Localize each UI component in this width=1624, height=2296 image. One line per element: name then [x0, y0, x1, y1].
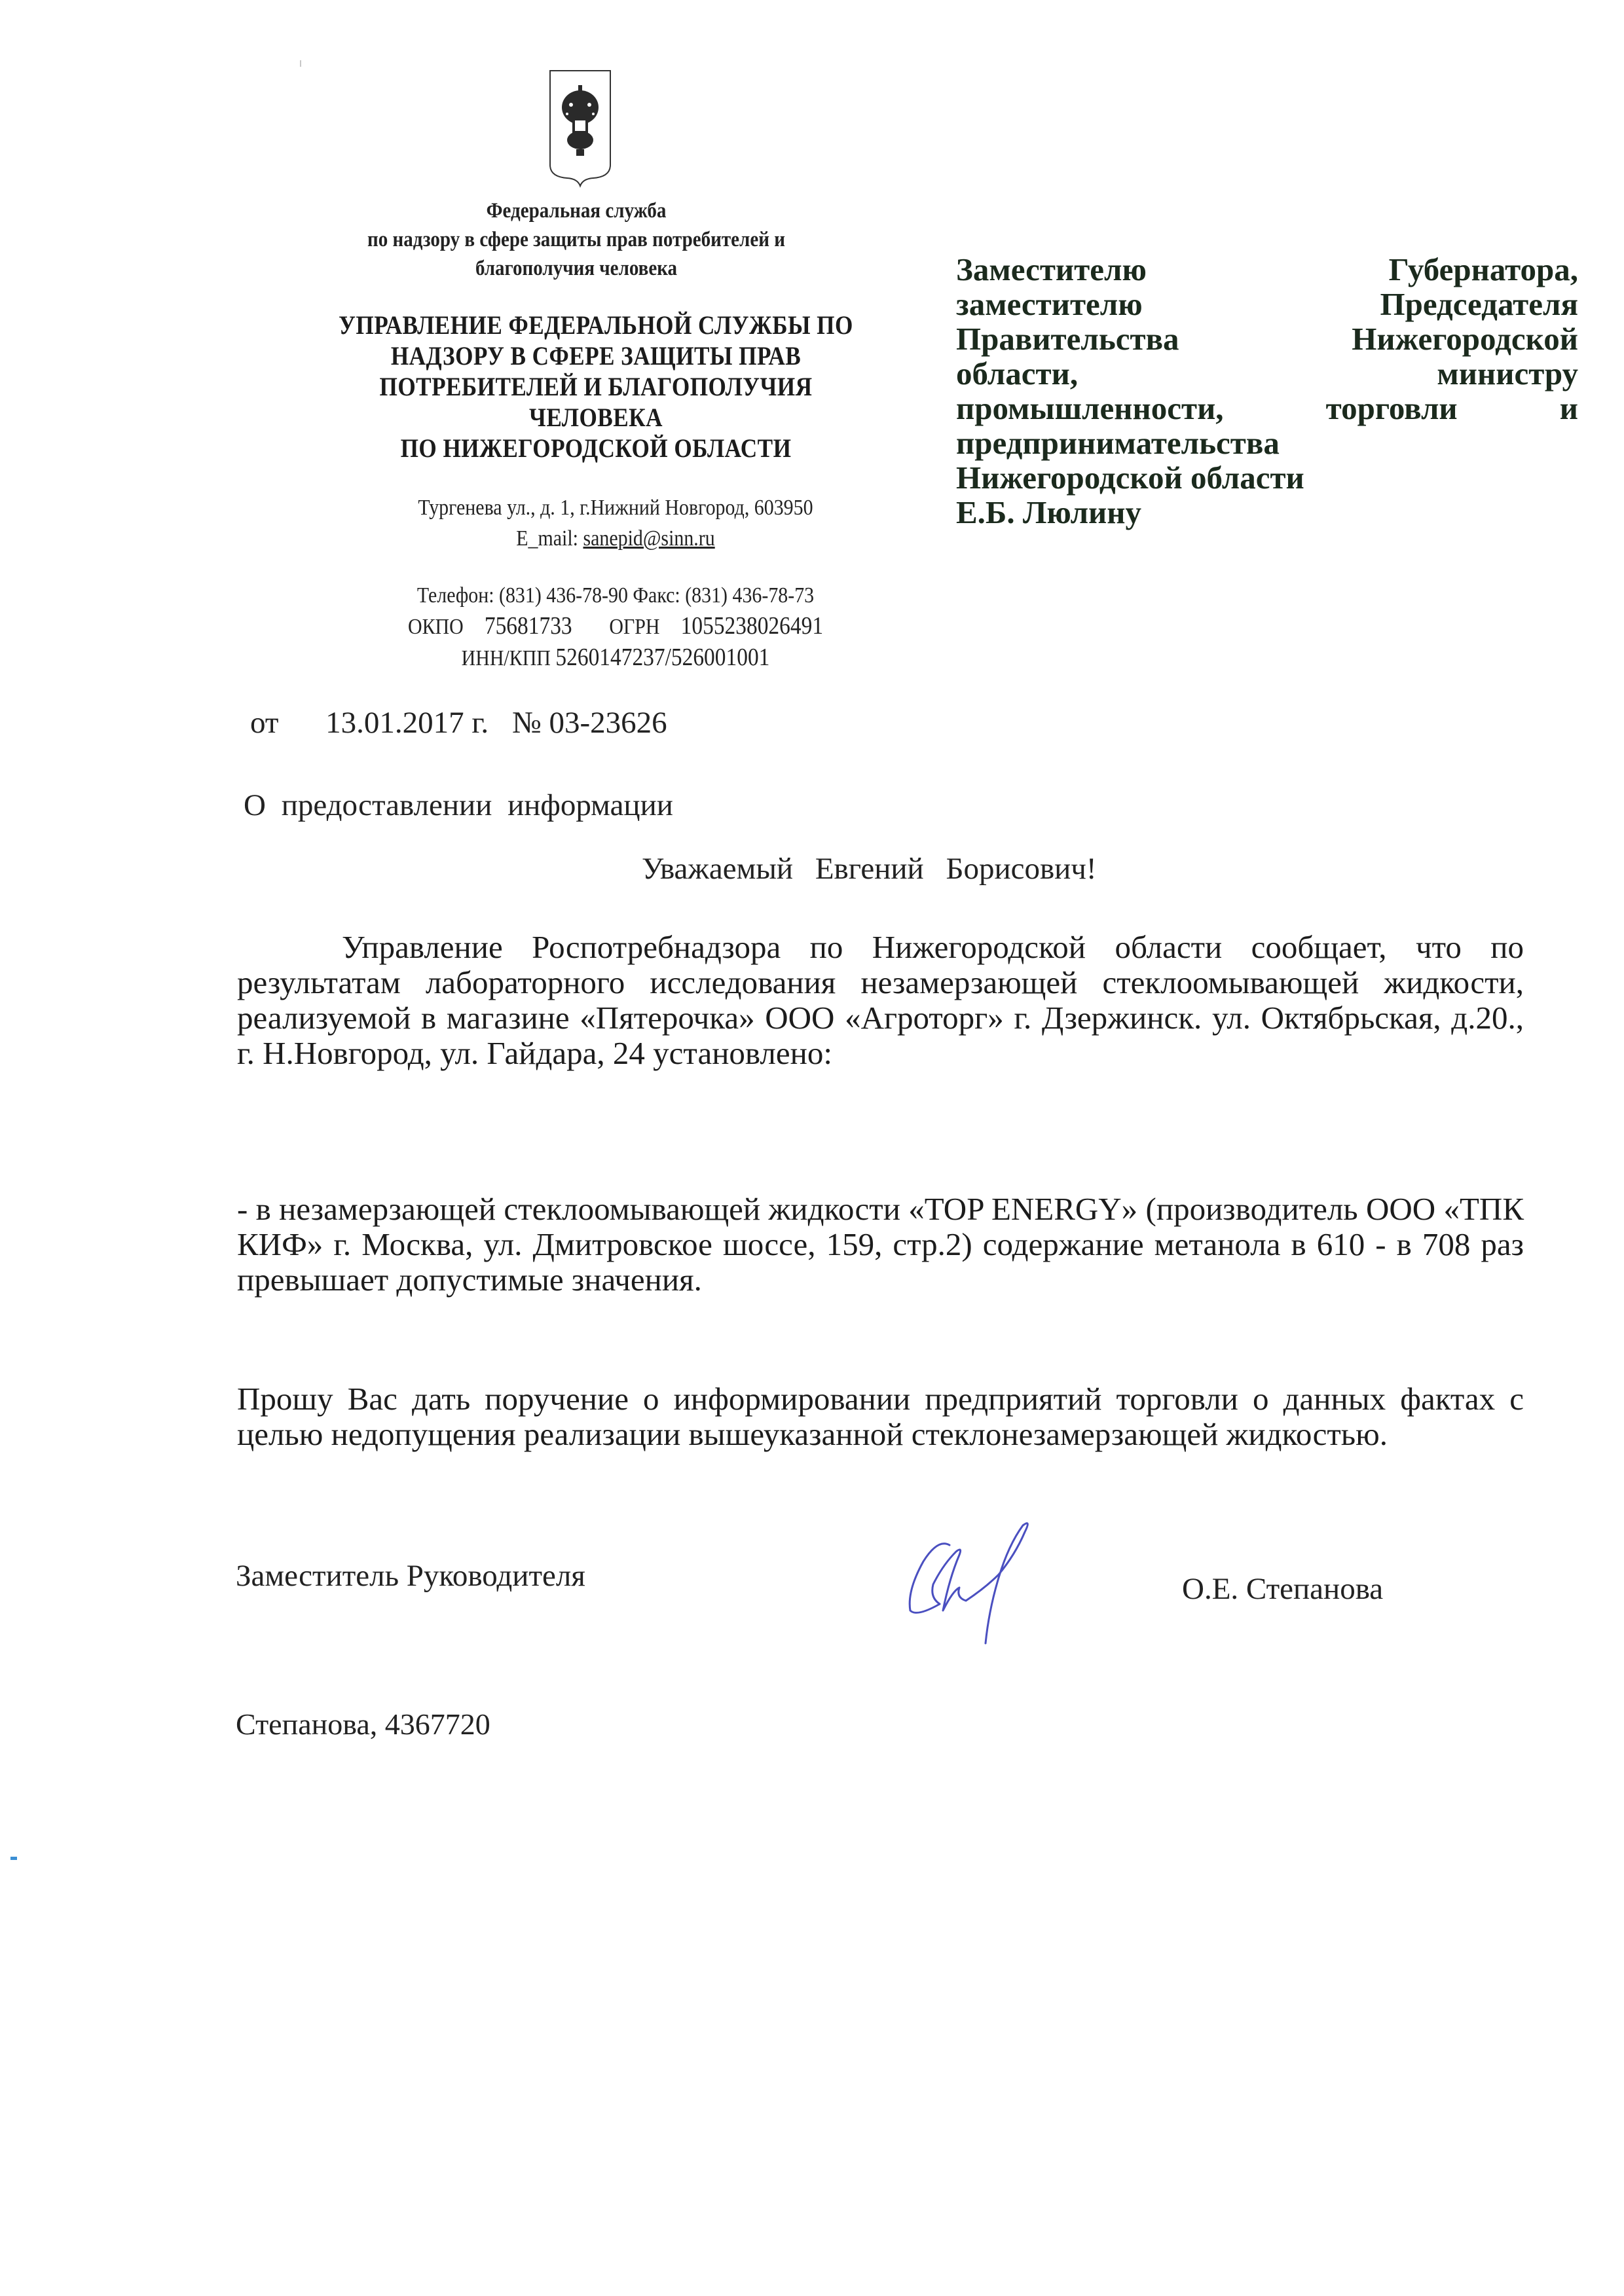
- department-line: ПОТРЕБИТЕЛЕЙ И БЛАГОПОЛУЧИЯ: [320, 371, 873, 402]
- email-label: E_mail:: [516, 526, 578, 551]
- addressee-word: предпринимательства: [956, 426, 1280, 460]
- subject-line: О предоставлении информации: [244, 788, 673, 823]
- addressee-line: Нижегородской области: [956, 460, 1578, 495]
- spacer: [350, 554, 881, 580]
- body-paragraph: - в незамерзающей стеклоомывающей жидкос…: [237, 1192, 1524, 1298]
- addressee-word: Председателя: [1380, 287, 1578, 321]
- addressee-line: Е.Б. Люлину: [956, 495, 1578, 530]
- email-line: E_mail: sanepid@sinn.ru: [350, 523, 881, 554]
- executor-contact: Степанова, 4367720: [236, 1707, 490, 1741]
- addressee-word: Нижегородской области: [956, 460, 1304, 495]
- addressee-line: Заместителю Губернатора,: [956, 252, 1578, 287]
- addressee-word: Заместителю: [956, 252, 1147, 287]
- okpo-label: ОКПО: [408, 615, 464, 639]
- body-paragraph: Управление Роспотребнадзора по Нижегород…: [237, 930, 1524, 1071]
- agency-line: благополучия человека: [317, 254, 836, 283]
- agency-line: по надзору в сфере защиты прав потребите…: [317, 225, 836, 254]
- department-line: УПРАВЛЕНИЕ ФЕДЕРАЛЬНОЙ СЛУЖБЫ ПО: [320, 310, 873, 340]
- addressee-line: области, министру: [956, 356, 1578, 391]
- contact-details: Тургенева ул., д. 1, г.Нижний Новгород, …: [350, 492, 881, 674]
- addressee-word: заместителю: [956, 287, 1143, 321]
- registration-codes: ОКПО 75681733 ОГРН 1055238026491: [350, 611, 881, 642]
- phone-fax: Телефон: (831) 436-78-90 Факс: (831) 436…: [350, 580, 881, 611]
- addressee-word: Губернатора,: [1389, 252, 1578, 287]
- department-line: НАДЗОРУ В СФЕРЕ ЗАЩИТЫ ПРАВ: [320, 340, 873, 371]
- document-reference: от 13.01.2017 г. № 03-23626: [250, 705, 667, 740]
- agency-line: Федеральная служба: [317, 196, 836, 225]
- address: Тургенева ул., д. 1, г.Нижний Новгород, …: [350, 492, 881, 523]
- addressee-word: области,: [956, 356, 1078, 391]
- addressee-block: Заместителю Губернатора, заместителю Пре…: [956, 252, 1578, 530]
- inn-kpp-label: ИНН/КПП: [462, 646, 551, 670]
- department-line: ЧЕЛОВЕКА: [320, 402, 873, 433]
- agency-name: Федеральная служба по надзору в сфере за…: [317, 196, 836, 283]
- ogrn-value: 1055238026491: [681, 612, 823, 640]
- addressee-word: Правительства: [956, 321, 1179, 356]
- document-date: 13.01.2017 г.: [325, 706, 489, 740]
- addressee-word: министру: [1437, 356, 1578, 391]
- from-label: от: [250, 706, 278, 740]
- addressee-word: и: [1560, 391, 1578, 426]
- signer-name: О.Е. Степанова: [1182, 1571, 1383, 1607]
- addressee-line: Правительства Нижегородской: [956, 321, 1578, 356]
- addressee-word: промышленности,: [956, 391, 1224, 426]
- ogrn-label: ОГРН: [609, 615, 659, 639]
- addressee-word: Нижегородской: [1352, 321, 1578, 356]
- addressee-line: предпринимательства: [956, 426, 1578, 460]
- department-name: УПРАВЛЕНИЕ ФЕДЕРАЛЬНОЙ СЛУЖБЫ ПО НАДЗОРУ…: [320, 310, 873, 464]
- addressee-line: промышленности, торговли и: [956, 391, 1578, 426]
- okpo-value: 75681733: [485, 612, 572, 640]
- document-number: 03-23626: [549, 706, 667, 740]
- russian-coat-of-arms-icon: [547, 67, 613, 191]
- scan-artifact: [300, 60, 301, 67]
- inn-kpp-value: 5260147237/526001001: [555, 644, 769, 671]
- addressee-word: торговли: [1326, 391, 1458, 426]
- addressee-name: Е.Б. Люлину: [956, 495, 1141, 530]
- inn-kpp: ИНН/КПП 5260147237/526001001: [350, 642, 881, 674]
- addressee-line: заместителю Председателя: [956, 287, 1578, 321]
- scan-artifact: [10, 1857, 17, 1860]
- handwritten-signature-icon: [877, 1506, 1035, 1656]
- signer-title: Заместитель Руководителя: [236, 1558, 585, 1594]
- body-paragraph: Прошу Вас дать поручение о информировани…: [237, 1381, 1524, 1452]
- department-line: ПО НИЖЕГОРОДСКОЙ ОБЛАСТИ: [320, 433, 873, 464]
- salutation: Уважаемый Евгений Борисович!: [642, 851, 1097, 886]
- email-link[interactable]: sanepid@sinn.ru: [583, 526, 714, 551]
- number-label: №: [512, 706, 542, 740]
